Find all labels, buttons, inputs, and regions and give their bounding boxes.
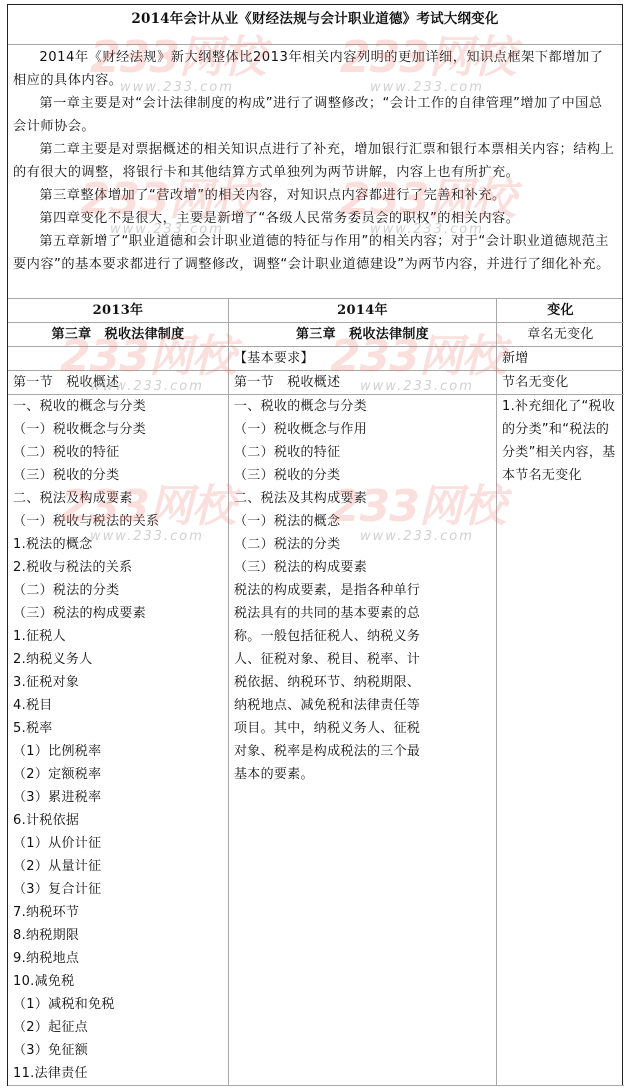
section-row: 第一节 税收概述 第一节 税收概述 节名无变化 <box>8 371 624 395</box>
list-item: 2.纳税义务人 <box>13 648 223 671</box>
header-change: 变化 <box>497 299 625 323</box>
list-item: 8.纳税期限 <box>13 924 223 947</box>
header-2013: 2013年 <box>8 299 229 323</box>
comparison-table: 2013年 2014年 变化 第三章 税收法律制度 第三章 税收法律制度 章名无… <box>8 299 624 1086</box>
list-item: （3）免征额 <box>13 1039 223 1062</box>
header-2014: 2014年 <box>229 299 497 323</box>
list-item: （3）复合计征 <box>13 878 223 901</box>
chapter-row: 第三章 税收法律制度 第三章 税收法律制度 章名无变化 <box>8 323 624 347</box>
intro-paragraph: 第四章变化不是很大，主要是新增了“各级人民常务委员会的职权”的相关内容。 <box>13 207 616 230</box>
list-item: （一）税收与税法的关系 <box>13 510 223 533</box>
list-item: （三）税收的分类 <box>13 464 223 487</box>
requirement-row: 【基本要求】 新增 <box>8 347 624 371</box>
list-item: （二）税法的分类 <box>13 579 223 602</box>
section-change: 节名无变化 <box>497 371 625 395</box>
intro-paragraph: 第五章新增了“职业道德和会计职业道德的特征与作用”的相关内容；对于“会计职业道德… <box>13 230 616 276</box>
list-item: 5.税率 <box>13 717 223 740</box>
list-item: 7.纳税环节 <box>13 901 223 924</box>
intro-paragraph: 第三章整体增加了“营改增”的相关内容，对知识点内容都进行了完善和补充。 <box>13 184 616 207</box>
list-item: （2）起征点 <box>13 1016 223 1039</box>
list-item: （1）从价计征 <box>13 832 223 855</box>
intro-paragraph: 第一章主要是对“会计法律制度的构成”进行了调整修改；“会计工作的自律管理”增加了… <box>13 92 616 138</box>
list-item: 11.法律责任 <box>13 1062 223 1085</box>
change-note: 1.补充细化了“税收的分类”和“税法的分类”相关内容，基本节名无变化 <box>502 395 619 487</box>
chapter-2014: 第三章 税收法律制度 <box>229 323 497 347</box>
list-item: （三）税法的构成要素 <box>234 556 491 579</box>
list-item: （二）税法的分类 <box>234 533 491 556</box>
list-item: 1.税法的概念 <box>13 533 223 556</box>
list-item: （2）定额税率 <box>13 763 223 786</box>
title-row: 2014年会计从业《财经法规与会计职业道德》考试大纲变化 <box>8 5 622 45</box>
list-item: （三）税法的构成要素 <box>13 602 223 625</box>
requirement-2013 <box>8 347 229 371</box>
list-item: （1）比例税率 <box>13 740 223 763</box>
list-item: （三）税收的分类 <box>234 464 491 487</box>
chapter-change: 章名无变化 <box>497 323 625 347</box>
intro-section: 2014年《财经法规》新大纲整体比2013年相关内容列明的更加详细，知识点框架下… <box>8 45 622 299</box>
list-item: 一、税收的概念与分类 <box>234 395 491 418</box>
list-item: 6.计税依据 <box>13 809 223 832</box>
section-2014: 第一节 税收概述 <box>229 371 497 395</box>
list-item: 二、税法及其构成要素 <box>234 487 491 510</box>
list-item: （一）税法的概念 <box>234 510 491 533</box>
elements-paragraph: 税法的构成要素，是指各种单行税法具有的共同的基本要素的总称。一般包括征税人、纳税… <box>234 579 430 786</box>
list-item: （1）减税和免税 <box>13 993 223 1016</box>
list-item: 2.税收与税法的关系 <box>13 556 223 579</box>
list-item: （二）税收的特征 <box>234 441 491 464</box>
list-item: （一）税收概念与作用 <box>234 418 491 441</box>
table-header-row: 2013年 2014年 变化 <box>8 299 624 323</box>
list-item: 4.税目 <box>13 694 223 717</box>
list-item: （二）税收的特征 <box>13 441 223 464</box>
requirement-2014: 【基本要求】 <box>229 347 497 371</box>
content-row: 一、税收的概念与分类 （一）税收概念与分类 （二）税收的特征 （三）税收的分类 … <box>8 395 624 1086</box>
list-item: 3.征税对象 <box>13 671 223 694</box>
requirement-change: 新增 <box>497 347 625 371</box>
list-item: （2）从量计征 <box>13 855 223 878</box>
document-title: 2014年会计从业《财经法规与会计职业道德》考试大纲变化 <box>8 5 622 31</box>
section-2013: 第一节 税收概述 <box>8 371 229 395</box>
content-2013: 一、税收的概念与分类 （一）税收概念与分类 （二）税收的特征 （三）税收的分类 … <box>8 395 229 1086</box>
list-item: 10.减免税 <box>13 970 223 993</box>
content-change: 1.补充细化了“税收的分类”和“税法的分类”相关内容，基本节名无变化 <box>497 395 625 1086</box>
list-item: 一、税收的概念与分类 <box>13 395 223 418</box>
document-frame: 2014年会计从业《财经法规与会计职业道德》考试大纲变化 2014年《财经法规》… <box>7 4 623 1086</box>
list-item: 二、税法及构成要素 <box>13 487 223 510</box>
content-2014: 一、税收的概念与分类 （一）税收概念与作用 （二）税收的特征 （三）税收的分类 … <box>229 395 497 1086</box>
list-item: （3）累进税率 <box>13 786 223 809</box>
list-item: （一）税收概念与分类 <box>13 418 223 441</box>
intro-paragraph: 2014年《财经法规》新大纲整体比2013年相关内容列明的更加详细，知识点框架下… <box>13 46 616 92</box>
list-item: 1.征税人 <box>13 625 223 648</box>
chapter-2013: 第三章 税收法律制度 <box>8 323 229 347</box>
list-item: 9.纳税地点 <box>13 947 223 970</box>
intro-paragraph: 第二章主要是对票据概述的相关知识点进行了补充，增加银行汇票和银行本票相关内容；结… <box>13 138 616 184</box>
